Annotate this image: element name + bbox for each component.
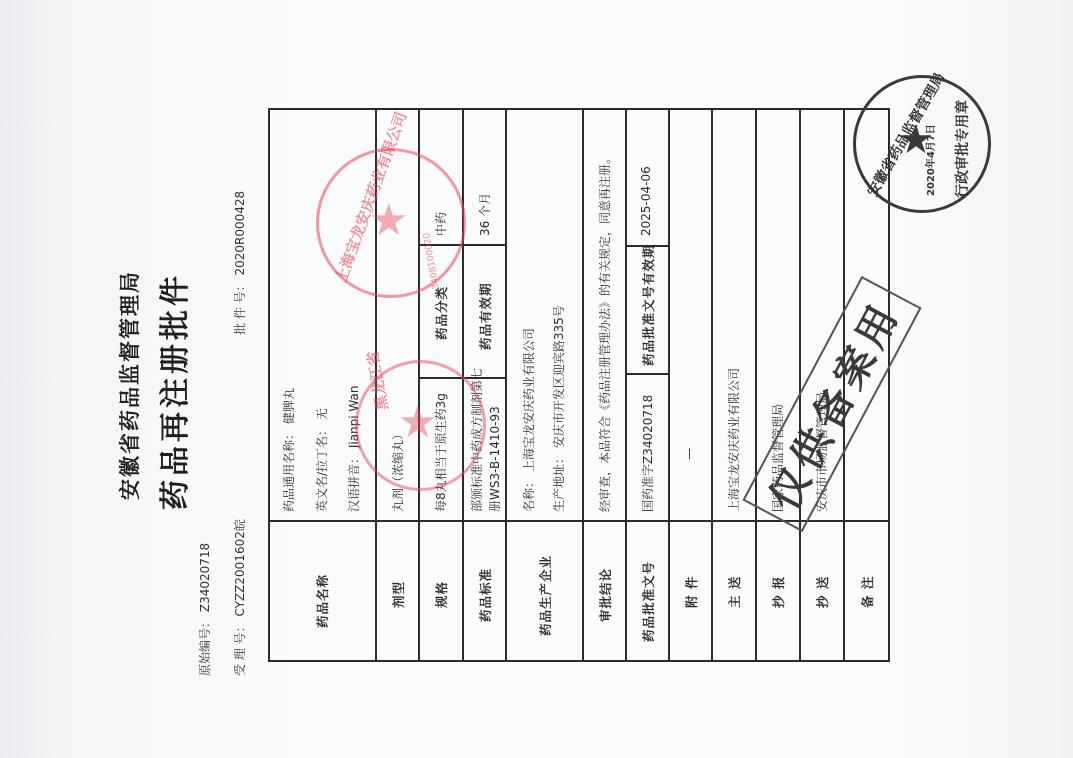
manufacturer-name: 名称： 上海宝龙安庆药业有限公司 — [520, 328, 537, 512]
row-label-main-recipient: 主 送 — [725, 576, 743, 608]
document-title: 药品再注册批件 — [150, 272, 194, 510]
row-label-conclusion: 审批结论 — [596, 568, 614, 622]
approval-conclusion: 经审查，本品符合《药品注册管理办法》的有关规定，同意再注册。 — [596, 152, 613, 512]
drug-standard-line-2: 册WS3-B-1410-93 — [486, 406, 503, 512]
main-recipient-value: 上海宝龙安庆药业有限公司 — [725, 368, 742, 512]
row-label-manufacturer: 药品生产企业 — [536, 555, 554, 636]
approval-number-line: 批 件 号： 2020R000428 — [231, 191, 248, 335]
original-number: Z34020718 — [198, 543, 212, 612]
row-label-drug-name: 药品名称 — [313, 574, 331, 628]
manufacturer-address: 生产地址： 安庆市开发区迎宾路335号 — [550, 305, 567, 512]
original-number-line: 原始编号： Z34020718 — [196, 543, 213, 676]
approval-number: 2020R000428 — [233, 191, 247, 276]
seal-star-icon: ★ — [398, 401, 437, 445]
acceptance-number-label: 受 理 号： — [233, 620, 247, 676]
row-label-report-to: 抄 报 — [769, 576, 787, 608]
approval-validity-label: 药品批准文号有效期 — [639, 244, 657, 366]
row-label-approval-number: 药品批准文号 — [639, 561, 657, 642]
issuer-title: 安徽省药品监督管理局 — [114, 270, 144, 500]
approval-validity-value: 2025-04-06 — [639, 166, 653, 236]
shelf-life-label: 药品有效期 — [476, 282, 494, 350]
approval-number-label: 批 件 号： — [233, 279, 247, 335]
agency-seal-subtext: 行政审批专用章 — [952, 100, 972, 198]
acceptance-number-line: 受 理 号： CYZZ2001602皖 — [231, 519, 248, 676]
row-label-standard: 药品标准 — [476, 568, 494, 622]
drug-english-name: 英文名/拉丁名： 无 — [313, 408, 330, 512]
approval-number-value: 国药准字Z34020718 — [639, 395, 656, 512]
row-label-remarks: 备 注 — [858, 576, 876, 608]
drug-generic-name: 药品通用名称： 健脾丸 — [280, 388, 297, 512]
shelf-life-value: 36 个月 — [476, 193, 493, 236]
row-label-specification: 规格 — [432, 581, 450, 608]
row-label-copy-to: 抄 送 — [813, 576, 831, 608]
row-label-dosage-form: 剂型 — [389, 581, 407, 608]
agency-seal-date: 2020年4月7日 — [922, 124, 937, 196]
drug-category-label: 药品分类 — [432, 286, 450, 340]
attachment-value: — — [682, 448, 696, 460]
row-label-attachment: 附 件 — [682, 576, 700, 608]
acceptance-number: CYZZ2001602皖 — [233, 519, 247, 616]
original-number-label: 原始编号： — [198, 616, 212, 676]
